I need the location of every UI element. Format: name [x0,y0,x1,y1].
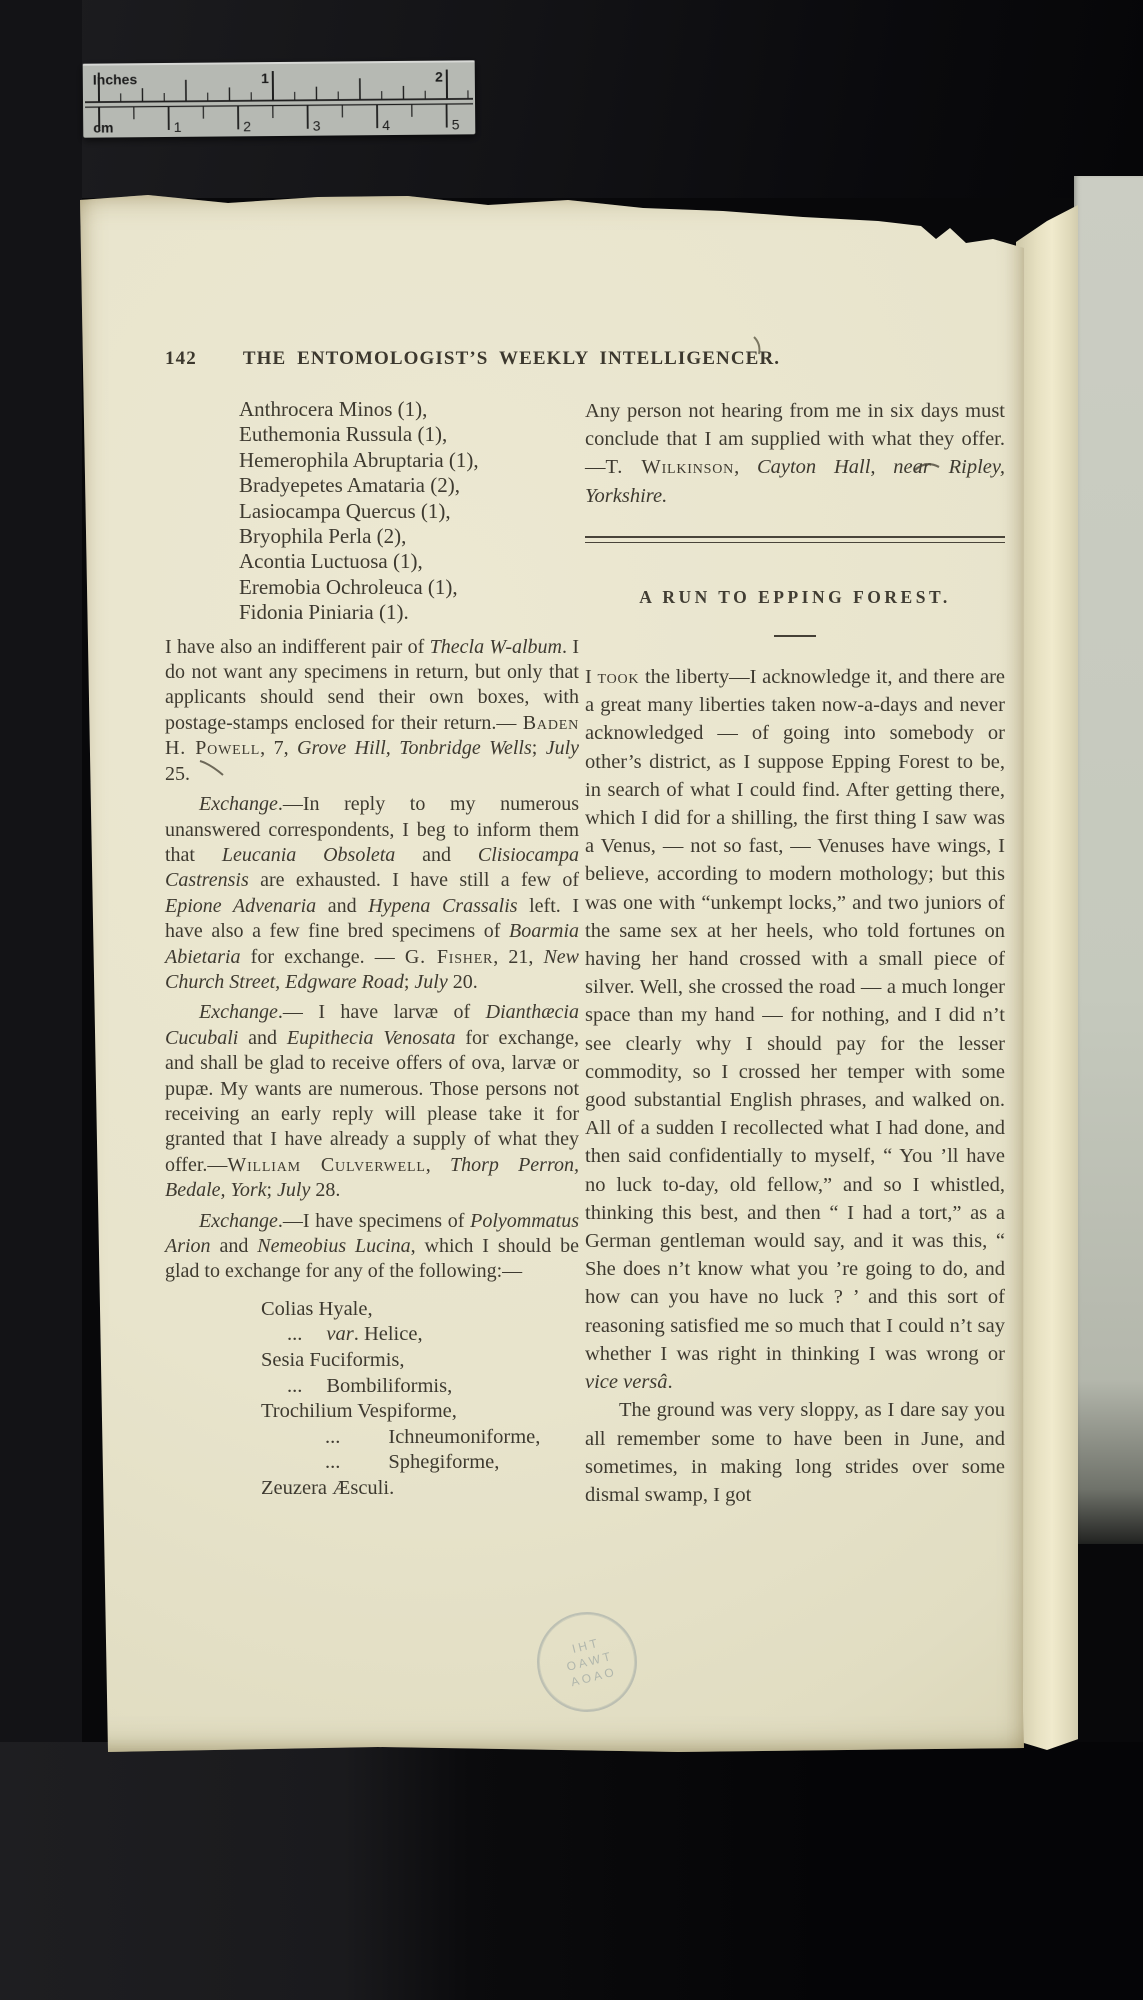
text-segment: Epione Advenaria [165,895,316,917]
text-segment: Nemeobius Lucina [257,1235,410,1257]
text-segment: Thecla W-album [430,636,562,658]
species-list-item: Hemerophila Abruptaria (1), [239,448,579,473]
left-column: Anthrocera Minos (1),Euthemonia Russula … [165,397,579,1502]
text-segment: I have also an indifferent pair of [165,636,430,658]
exchange-notices: I have also an indifferent pair of Thecl… [165,635,579,1285]
species-list-item: Lasiocampa Quercus (1), [239,499,579,524]
text-segment: 25. [165,763,190,785]
text-segment: Ichneumoniforme, [388,1426,540,1448]
article-paragraph: I took the liberty—I acknowledge it, and… [585,663,1005,1396]
wants-list-item: Trochilium Vespiforme, [261,1399,579,1425]
next-page-fore-edge [1016,194,1078,1750]
section-divider-rule [585,536,1005,543]
wants-list-item: Colias Hyale, [261,1297,579,1323]
species-list-item: Bryophila Perla (2), [239,524,579,549]
notice-paragraph: Exchange.—In reply to my numerous unansw… [165,792,579,995]
species-list-item: Fidonia Piniaria (1). [239,600,579,625]
text-segment: July [277,1179,310,1201]
scanned-book-photo: Inches 1 2 cm 1 2 3 4 5 142 THE ENTOMOLO… [0,0,1143,2000]
text-segment: .—I have specimens of [278,1210,470,1232]
text-segment: Trochilium Vespiforme, [261,1400,457,1422]
text-segment: took [597,666,639,688]
species-list-item: Euthemonia Russula (1), [239,422,579,447]
text-segment: .— I have larvæ of [278,1001,486,1023]
text-segment: for exchange. — [241,946,405,968]
text-segment: 20. [448,971,478,993]
text-segment: I [585,666,597,688]
species-count-list: Anthrocera Minos (1),Euthemonia Russula … [239,397,579,626]
text-segment: Exchange [199,1001,278,1023]
species-list-item: Eremobia Ochroleuca (1), [239,575,579,600]
ruler-cm-number-4: 4 [382,117,390,133]
text-segment: William Culverwell [227,1154,425,1176]
heading-dash-rule [774,635,816,637]
text-segment: and [211,1235,258,1257]
text-segment: , 7, [260,737,297,759]
text-segment: ... [287,1323,302,1345]
ruler-cm-number-2: 2 [243,118,251,134]
ruler-cm-number-3: 3 [313,118,321,134]
text-segment: the liberty—I acknowledge it, and there … [585,666,1005,1365]
wants-list-item: ...Ichneumoniforme, [325,1425,579,1451]
text-segment: are exhausted. I have still a few of [249,869,579,891]
text-segment: T. Wilkinson [606,456,735,478]
text-segment: Exchange [199,793,278,815]
article-paragraph: The ground was very sloppy, as I dare sa… [585,1396,1005,1509]
species-list-item: Bradyepetes Amataria (2), [239,473,579,498]
text-segment: and [238,1027,287,1049]
text-segment: var [326,1323,353,1345]
wants-list-item: ...Sphegiforme, [325,1450,579,1476]
book-page: 142 THE ENTOMOLOGIST’S WEEKLY INTELLIGEN… [78,192,1025,1752]
text-segment: Bombiliformis, [326,1375,452,1397]
notice-paragraph: I have also an indifferent pair of Thecl… [165,635,579,787]
text-segment: ; [404,971,415,993]
right-column: Any person not hearing from me in six da… [585,397,1005,1509]
ruler-cm-label: cm [93,119,113,135]
ruler-graphic: Inches 1 2 cm 1 2 3 4 5 [83,60,476,137]
journal-title: THE ENTOMOLOGIST’S WEEKLY INTELLIGENCER. [243,348,780,370]
ruler-cm-number-5: 5 [452,116,460,132]
text-segment: ; [532,737,546,759]
text-segment: Colias Hyale, [261,1298,373,1320]
text-segment: . [668,1371,673,1393]
ruler-inch-number-2: 2 [435,69,443,85]
text-segment: Exchange [199,1210,278,1232]
wants-list-item: ...var. Helice, [287,1322,579,1348]
article-body: I took the liberty—I acknowledge it, and… [585,663,1005,1509]
text-segment: , [734,456,757,478]
text-segment: Sphegiforme, [388,1451,499,1473]
text-segment: Zeuzera Æsculi. [261,1477,394,1499]
section-heading: A RUN TO EPPING FOREST. [585,583,1005,611]
wants-list-item: Sesia Fuciformis, [261,1348,579,1374]
wants-list-item: ...Bombiliformis, [287,1374,579,1400]
text-segment: ... [325,1451,340,1473]
text-segment: ; [266,1179,277,1201]
text-segment: Eupithecia Venosata [287,1027,456,1049]
text-segment: July [546,737,579,759]
text-segment: Leucania Obsoleta [222,844,395,866]
scale-ruler: Inches 1 2 cm 1 2 3 4 5 [83,60,476,137]
notice-paragraph: Exchange.—I have specimens of Polyommatu… [165,1209,579,1285]
text-segment: Hypena Crassalis [368,895,517,917]
notice-paragraph: Exchange.— I have larvæ of Dianthæcia Cu… [165,1000,579,1203]
text-segment: ... [325,1426,340,1448]
text-segment: G. Fisher [405,946,493,968]
text-segment: and [316,895,368,917]
text-segment: and [395,844,478,866]
text-segment: Sesia Fuciformis, [261,1349,405,1371]
text-segment: , [426,1154,450,1176]
wanted-species-list: Colias Hyale,...var. Helice,Sesia Fucifo… [261,1297,579,1502]
text-segment: ... [287,1375,302,1397]
text-segment: 28. [310,1179,340,1201]
backdrop-shade-left [0,0,82,2000]
species-list-item: Acontia Luctuosa (1), [239,549,579,574]
ruler-inch-number-1: 1 [261,70,269,86]
ruler-inches-label: Inches [93,71,138,87]
text-segment: , 21, [493,946,543,968]
backing-board-edge [1074,176,1143,1544]
text-segment: . Helice, [354,1323,423,1345]
wants-list-item: Zeuzera Æsculi. [261,1476,579,1502]
notice-paragraph: Any person not hearing from me in six da… [585,397,1005,510]
species-list-item: Anthrocera Minos (1), [239,397,579,422]
text-segment: Grove Hill, Tonbridge Wells [297,737,532,759]
ruler-cm-number-1: 1 [174,119,182,135]
text-segment: The ground was very sloppy, as I dare sa… [585,1399,1005,1506]
running-head: 142 THE ENTOMOLOGIST’S WEEKLY INTELLIGEN… [165,348,780,370]
text-segment: July [414,971,447,993]
text-segment: vice versâ [585,1371,668,1393]
library-stamp: THI TWAO OAOA [526,1601,647,1722]
backdrop-shade-bottom [0,1742,1143,2000]
page-number: 142 [165,348,197,370]
